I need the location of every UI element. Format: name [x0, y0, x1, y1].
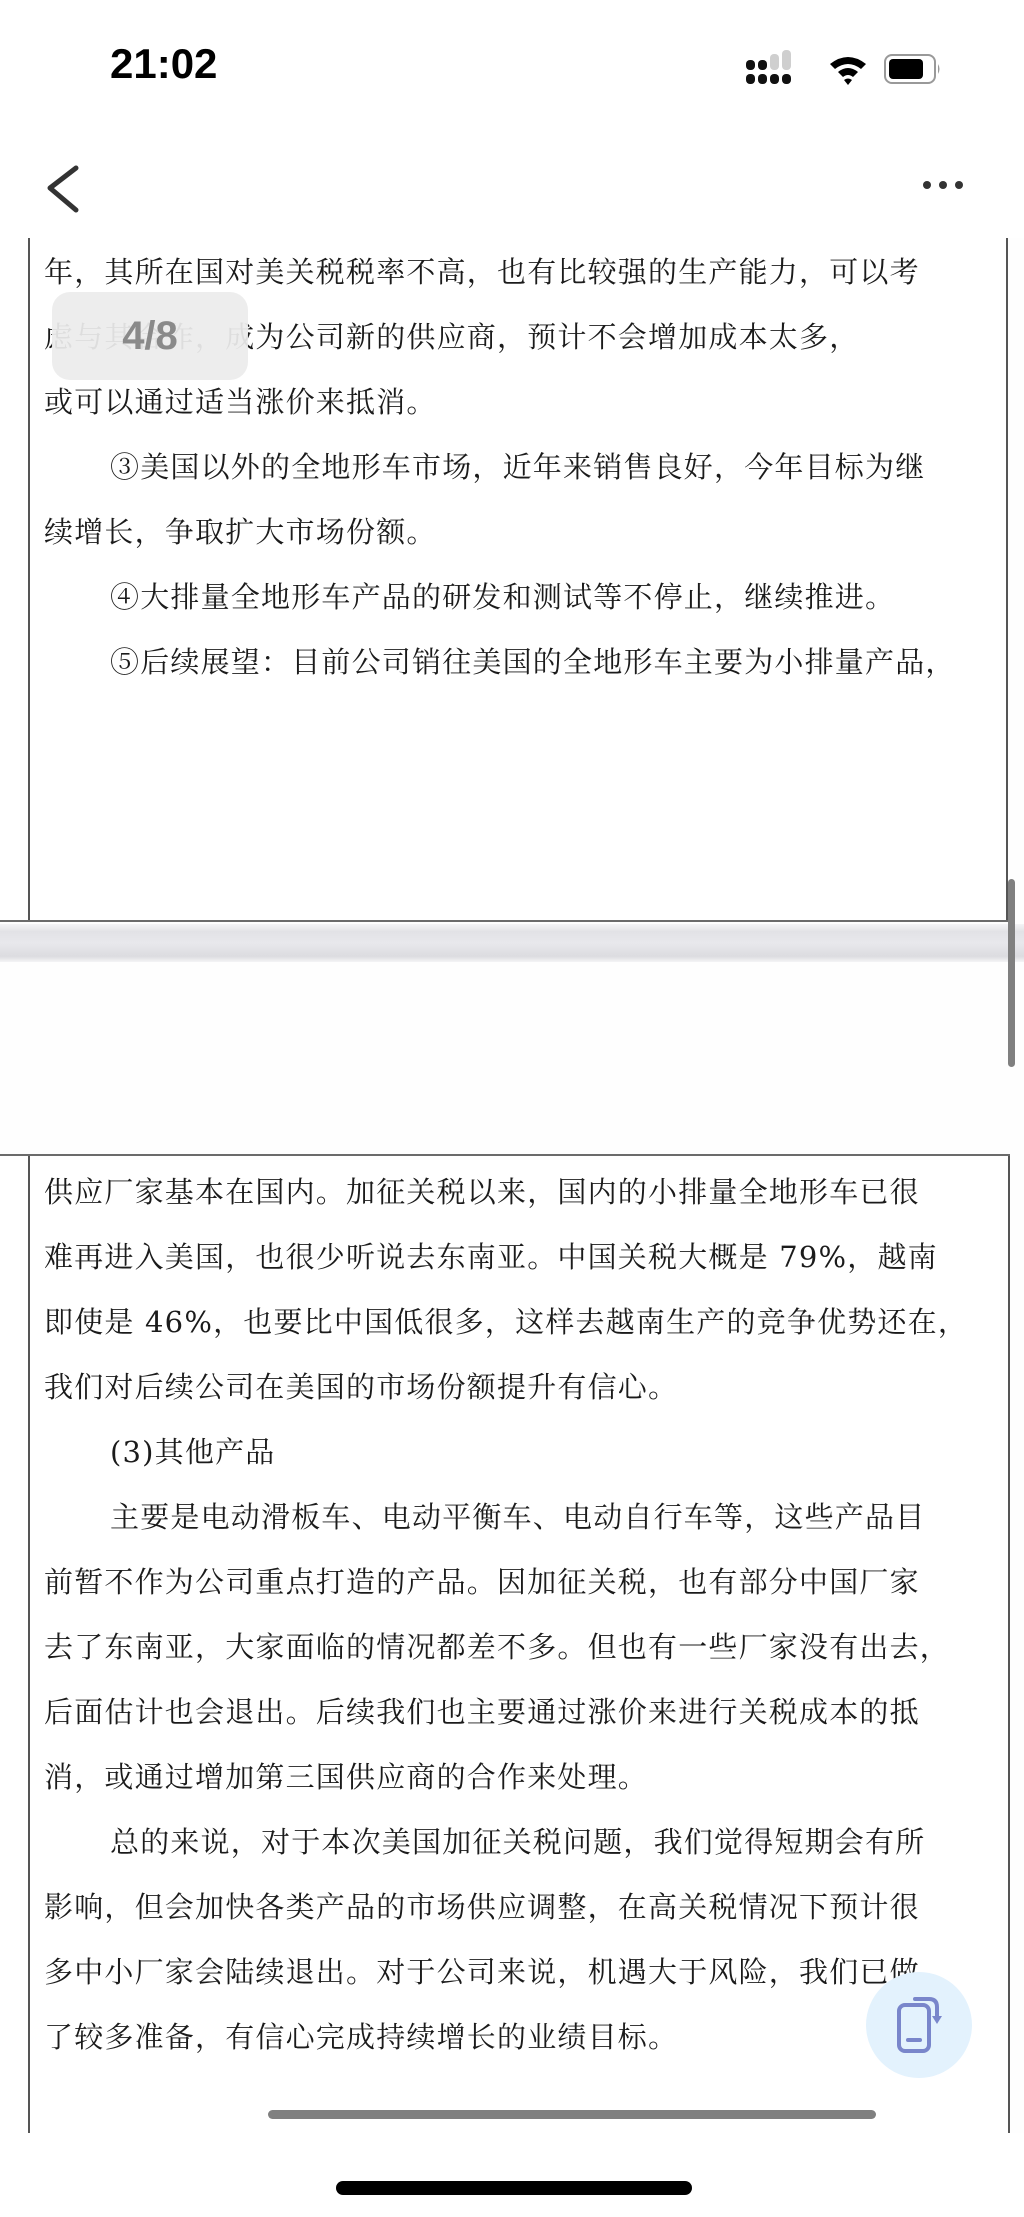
nav-bar: [0, 130, 1024, 238]
section-heading: (3)其他产品: [44, 1420, 1004, 1485]
horizontal-scrollbar[interactable]: [268, 2110, 876, 2119]
text-line: ⑤后续展望：目前公司销往美国的全地形车主要为小排量产品，: [44, 630, 1004, 695]
page-border-left: [28, 1156, 30, 2133]
battery-icon: [884, 54, 942, 84]
text-line: 去了东南亚，大家面临的情况都差不多。但也有一些厂家没有出去，: [44, 1615, 1004, 1680]
text-line: 我们对后续公司在美国的市场份额提升有信心。: [44, 1355, 1004, 1420]
rotate-screen-button[interactable]: [866, 1972, 972, 2078]
home-indicator[interactable]: [336, 2181, 692, 2195]
cellular-signal-icon: [746, 50, 802, 86]
page-separator: [0, 924, 1024, 962]
text-line: 影响，但会加快各类产品的市场供应调整，在高关税情况下预计很: [44, 1875, 1004, 1940]
text-line: ④大排量全地形车产品的研发和测试等不停止，继续推进。: [44, 565, 1004, 630]
page-border-right: [1006, 238, 1008, 920]
text-line: 主要是电动滑板车、电动平衡车、电动自行车等，这些产品目: [44, 1485, 1004, 1550]
text-line: 消，或通过增加第三国供应商的合作来处理。: [44, 1745, 1004, 1810]
wifi-icon: [828, 54, 868, 86]
text-line: 后面估计也会退出。后续我们也主要通过涨价来进行关税成本的抵: [44, 1680, 1004, 1745]
document-viewer[interactable]: 年，其所在国对美关税税率不高，也有比较强的生产能力，可以考 虑与其合作，成为公司…: [0, 238, 1024, 2133]
text-line: 续增长，争取扩大市场份额。: [44, 500, 1004, 565]
page-text: 供应厂家基本在国内。加征关税以来，国内的小排量全地形车已很 难再进入美国，也很少…: [44, 1160, 1004, 2070]
text-line: 前暂不作为公司重点打造的产品。因加征关税，也有部分中国厂家: [44, 1550, 1004, 1615]
text-line: 供应厂家基本在国内。加征关税以来，国内的小排量全地形车已很: [44, 1160, 1004, 1225]
chevron-left-icon: [40, 150, 90, 220]
text-line: 总的来说，对于本次美国加征关税问题，我们觉得短期会有所: [44, 1810, 1004, 1875]
page-border-right: [1008, 1156, 1010, 2133]
vertical-scrollbar[interactable]: [1008, 879, 1015, 1067]
status-bar: 21:02: [0, 0, 1024, 130]
text-line: ③美国以外的全地形车市场，近年来销售良好，今年目标为继: [44, 435, 1004, 500]
status-time: 21:02: [110, 40, 217, 88]
rotate-screen-icon: [891, 1993, 947, 2057]
document-page-fragment: 供应厂家基本在国内。加征关税以来，国内的小排量全地形车已很 难再进入美国，也很少…: [0, 1154, 1010, 2133]
text-line: 难再进入美国，也很少听说去东南亚。中国关税大概是 79%，越南: [44, 1225, 1004, 1290]
bottom-safe-area: [0, 2133, 1024, 2217]
text-line: 多中小厂家会陆续退出。对于公司来说，机遇大于风险，我们已做: [44, 1940, 1004, 2005]
text-line: 即使是 46%，也要比中国低很多，这样去越南生产的竞争优势还在，: [44, 1290, 1004, 1355]
page-border-left: [28, 238, 30, 920]
page-indicator-badge: 4/8: [52, 292, 248, 380]
text-line: 了较多准备，有信心完成持续增长的业绩目标。: [44, 2005, 1004, 2070]
more-horizontal-icon: [918, 170, 968, 200]
back-button[interactable]: [40, 150, 90, 220]
more-options-button[interactable]: [918, 170, 968, 200]
